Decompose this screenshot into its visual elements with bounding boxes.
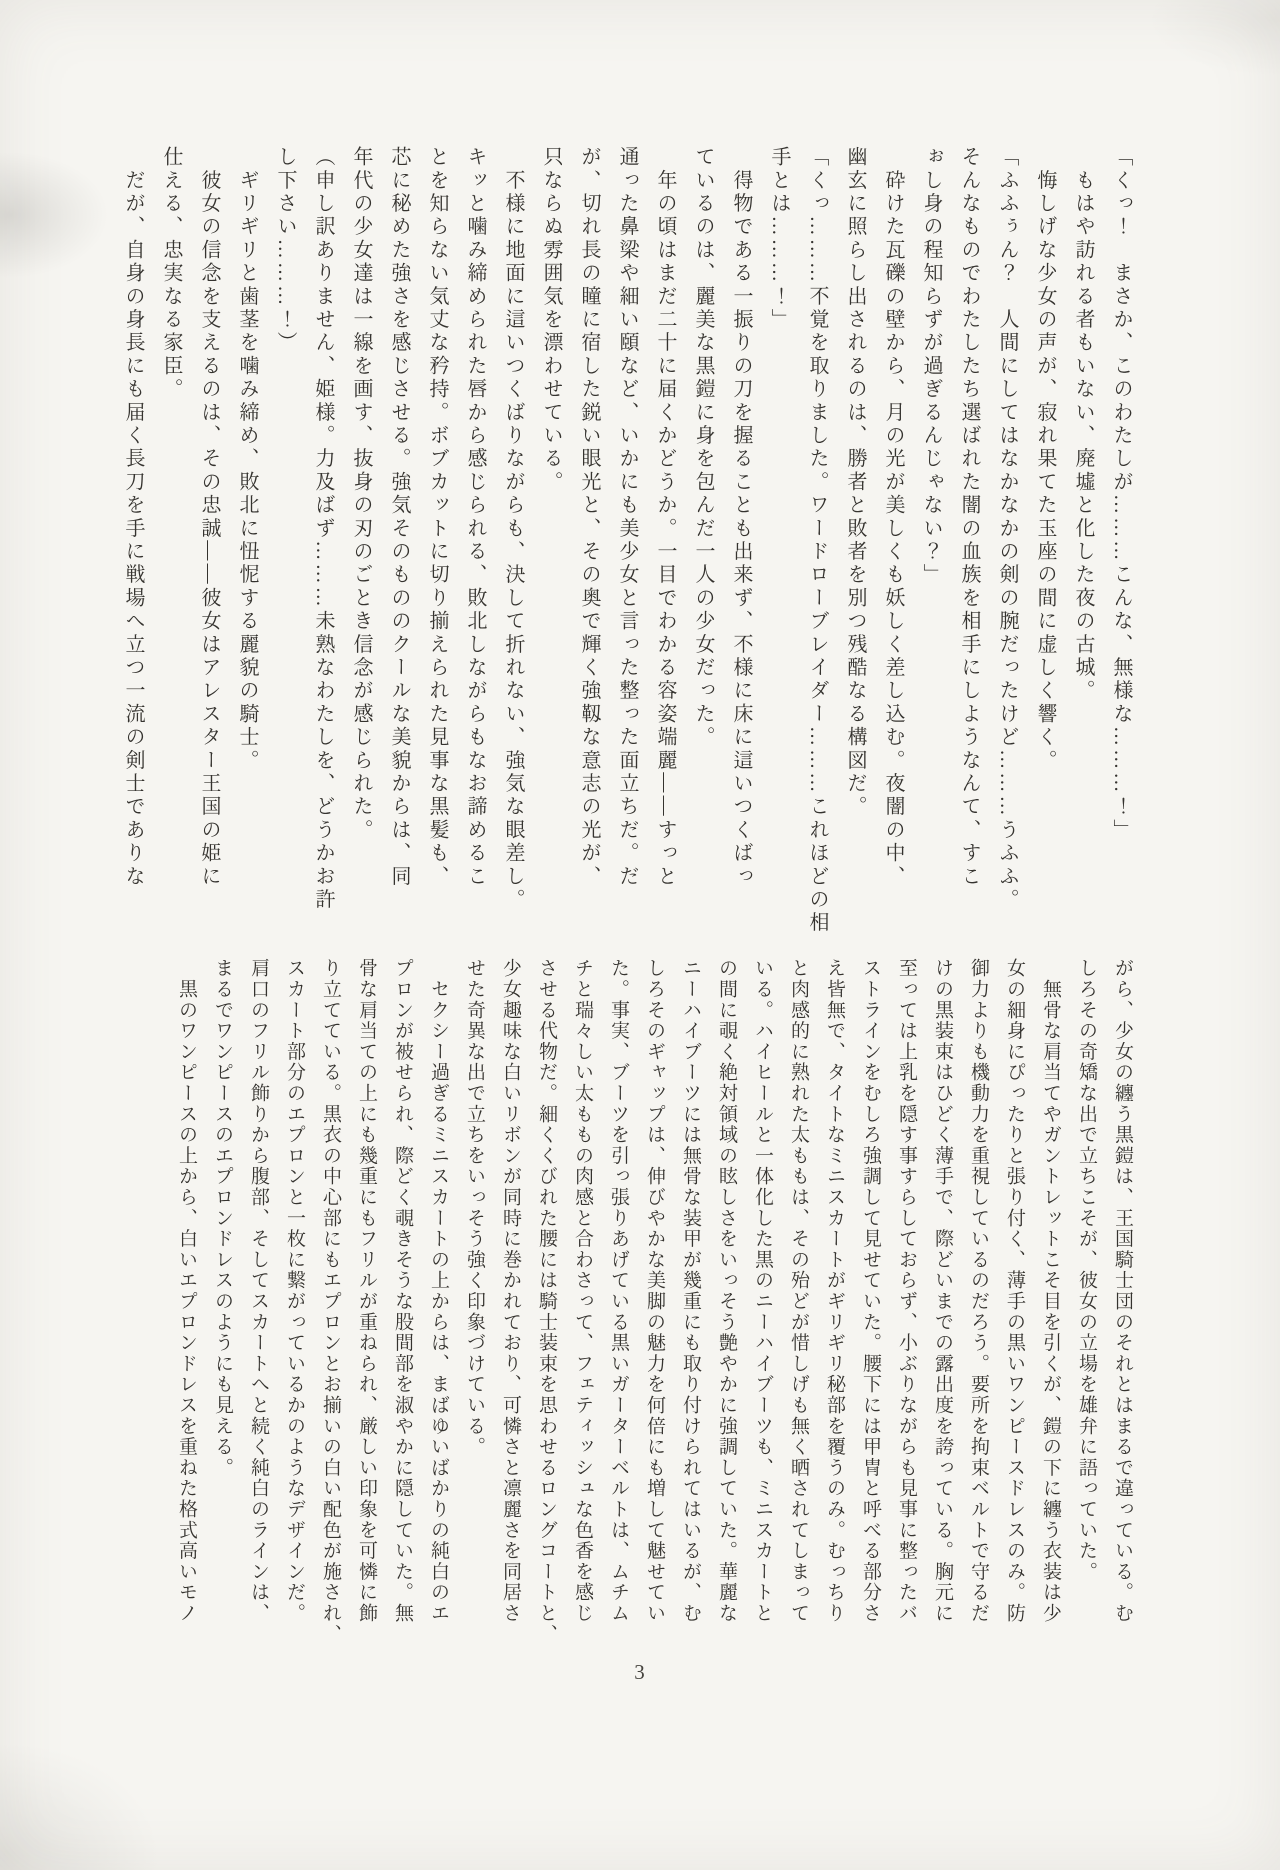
text-column: ぉし身の程知らずが過ぎるんじゃない？」 [912, 146, 950, 938]
text-block-bottom: がら、少女の纏う黒鎧は、王国騎士団のそれとはまるで違っている。むしろその奇矯な出… [168, 958, 1140, 1648]
text-column: 悔しげな少女の声が、寂れ果てた玉座の間に虚しく響く。 [1026, 146, 1064, 938]
text-column: させる代物だ。細くくびれた腰には騎士装束を思わせるロングコートと、 [528, 958, 564, 1648]
text-column: ニーハイブーツには無骨な装甲が幾重にも取り付けられてはいるが、む [672, 958, 708, 1648]
text-column: 幽玄に照らし出されるのは、勝者と敗者を別つ残酷なる構図だ。 [836, 146, 874, 938]
text-column: いる。ハイヒールと一体化した黒のニーハイブーツも、ミニスカートと [744, 958, 780, 1648]
text-column: 得物である一振りの刀を握ることも出来ず、不様に床に這いつくばっ [722, 146, 760, 938]
text-column: チと瑞々しい太ももの肉感と合わさって、フェティッシュな色香を感じ [564, 958, 600, 1648]
text-column: 手とは………！」 [760, 146, 798, 938]
text-column: 年代の少女達は一線を画す、抜身の刃のごとき信念が感じられた。 [342, 146, 380, 938]
text-column: プロンが被せられ、際どく覗きそうな股間部を淑やかに隠していた。無 [384, 958, 420, 1648]
text-column: 不様に地面に這いつくばりながらも、決して折れない、強気な眼差し。 [494, 146, 532, 938]
text-column: 只ならぬ雰囲気を漂わせている。 [532, 146, 570, 938]
text-column: ギリギリと歯茎を噛み締め、敗北に忸怩する麗貌の騎士。 [228, 146, 266, 938]
text-column: が、切れ長の瞳に宿した鋭い眼光と、その奥で輝く強靱な意志の光が、 [570, 146, 608, 938]
text-column: 彼女の信念を支えるのは、その忠誠――彼女はアレスター王国の姫に [190, 146, 228, 938]
text-column: 少女趣味な白いリボンが同時に巻かれており、可憐さと凛麗さを同居さ [492, 958, 528, 1648]
text-column: 通った鼻梁や細い頤など、いかにも美少女と言った整った面立ちだ。だ [608, 146, 646, 938]
text-column: 黒のワンピースの上から、白いエプロンドレスを重ねた格式高いモノ [168, 958, 204, 1648]
text-column: 肩口のフリル飾りから腹部、そしてスカートへと続く純白のラインは、 [240, 958, 276, 1648]
text-column: まるでワンピースのエプロンドレスのようにも見える。 [204, 958, 240, 1648]
text-column: しろそのギャップは、伸びやかな美脚の魅力を何倍にも増して魅せてい [636, 958, 672, 1648]
text-column: セクシー過ぎるミニスカートの上からは、まばゆいばかりの純白のエ [420, 958, 456, 1648]
text-column: 「くっ………不覚を取りました。ワードローブレイダー………これほどの相 [798, 146, 836, 938]
text-column: もはや訪れる者もいない、廃墟と化した夜の古城。 [1064, 146, 1102, 938]
text-column: キッと噛み締められた唇から感じられる、敗北しながらもなお諦めるこ [456, 146, 494, 938]
text-column: がら、少女の纏う黒鎧は、王国騎士団のそれとはまるで違っている。む [1104, 958, 1140, 1648]
text-column: 無骨な肩当てやガントレットこそ目を引くが、鎧の下に纏う衣装は少 [1032, 958, 1068, 1648]
text-column: の間に覗く絶対領域の眩しさをいっそう艶やかに強調していた。華麗な [708, 958, 744, 1648]
text-column: 「ふふぅん？ 人間にしてはなかなかの剣の腕だったけど………うふふ。 [988, 146, 1026, 938]
text-column: 骨な肩当ての上にも幾重にもフリルが重ねられ、厳しい印象を可憐に飾 [348, 958, 384, 1648]
text-column: 芯に秘めた強さを感じさせる。強気そのもののクールな美貌からは、同 [380, 146, 418, 938]
page-number: 3 [0, 1660, 1280, 1685]
text-column: し下さい………！） [266, 146, 304, 938]
text-block-top: 「くっ！ まさか、このわたしが………こんな、無様な………！」 もはや訪れる者もい… [114, 146, 1140, 938]
text-column: 砕けた瓦礫の壁から、月の光が美しくも妖しく差し込む。夜闇の中、 [874, 146, 912, 938]
text-column: ストラインをむしろ強調して見せていた。腰下には甲冑と呼べる部分さ [852, 958, 888, 1648]
text-column: 女の細身にぴったりと張り付く、薄手の黒いワンピースドレスのみ。防 [996, 958, 1032, 1648]
text-column: とを知らない気丈な矜持。ボブカットに切り揃えられた見事な黒髪も、 [418, 146, 456, 938]
text-column: り立てている。黒衣の中心部にもエプロンとお揃いの白い配色が施され、 [312, 958, 348, 1648]
text-column: だが、自身の身長にも届く長刀を手に戦場へ立つ一流の剣士でありな [114, 146, 152, 938]
text-column: 至っては上乳を隠す事すらしておらず、小ぶりながらも見事に整ったバ [888, 958, 924, 1648]
scanned-page: 「くっ！ まさか、このわたしが………こんな、無様な………！」 もはや訪れる者もい… [0, 0, 1280, 1870]
text-column: しろその奇矯な出で立ちこそが、彼女の立場を雄弁に語っていた。 [1068, 958, 1104, 1648]
text-column: 「くっ！ まさか、このわたしが………こんな、無様な………！」 [1102, 146, 1140, 938]
text-column: せた奇異な出で立ちをいっそう強く印象づけている。 [456, 958, 492, 1648]
text-column: 仕える、忠実なる家臣。 [152, 146, 190, 938]
text-column: スカート部分のエプロンと一枚に繋がっているかのようなデザインだ。 [276, 958, 312, 1648]
text-column: そんなものでわたしたち選ばれた闇の血族を相手にしようなんて、すこ [950, 146, 988, 938]
text-column: と肉感的に熟れた太ももは、その殆どが惜しげも無く晒されてしまって [780, 958, 816, 1648]
text-column: 年の頃はまだ二十に届くかどうか。一目でわかる容姿端麗――すっと [646, 146, 684, 938]
text-column: 御力よりも機動力を重視しているのだろう。要所を拘束ベルトで守るだ [960, 958, 996, 1648]
text-column: けの黒装束はひどく薄手で、際どいまでの露出度を誇っている。胸元に [924, 958, 960, 1648]
text-column: ているのは、麗美な黒鎧に身を包んだ一人の少女だった。 [684, 146, 722, 938]
text-column: え皆無で、タイトなミニスカートがギリギリ秘部を覆うのみ。むっちり [816, 958, 852, 1648]
text-column: （申し訳ありません、姫様。力及ばず………未熟なわたしを、どうかお許 [304, 146, 342, 938]
text-column: た。事実、ブーツを引っ張りあげている黒いガーターベルトは、ムチム [600, 958, 636, 1648]
